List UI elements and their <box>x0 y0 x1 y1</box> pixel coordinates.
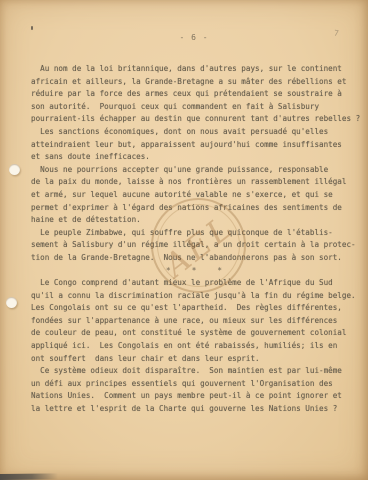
text-line: sement à Salisbury d'un régime illégal, … <box>31 239 361 252</box>
text-line: qu'il a connu la discrimination raciale … <box>31 290 361 303</box>
pencil-mark: 7 <box>333 29 341 39</box>
text-line: fondées sur l'appartenance à une race, o… <box>31 315 361 328</box>
text-line: son autorité. Pourquoi ceux qui commande… <box>31 101 361 114</box>
text-line: Le Congo comprend d'autant mieux le prob… <box>31 277 361 290</box>
text-line: et sans doute inefficaces. <box>31 151 361 164</box>
text-line: atteindraient leur but, apparaissent auj… <box>31 139 361 152</box>
text-line: africain et ailleurs, la Grande-Bretagne… <box>31 76 361 89</box>
text-line: de couleur de peau, ont constitué le sys… <box>31 327 361 340</box>
text-line: permet d'exprimer à l'égard des nations … <box>31 202 361 215</box>
text-line: pourraient-ils échapper au destin que co… <box>31 113 361 126</box>
typewritten-text: Au nom de la loi britannique, dans d'aut… <box>31 63 361 416</box>
text-line: Le peuple Zimbabwe, qui souffre plus que… <box>31 227 361 240</box>
separator-line: * * * <box>31 265 361 278</box>
text-line: Nations Unies. Comment un pays membre pe… <box>31 390 361 403</box>
text-line: appliqué ici. Les Congolais en ont été r… <box>31 340 361 353</box>
text-line: la lettre et l'esprit de la Charte qui g… <box>31 403 361 416</box>
text-line: de la paix du monde, laisse à nos fronti… <box>31 176 361 189</box>
text-line: réduire par la force des armes ceux qui … <box>31 88 361 101</box>
punch-hole-top <box>9 164 20 175</box>
text-line: tion de la Grande-Bretagne. Nous ne l'ab… <box>31 252 361 265</box>
text-line: Ce système odieux doit disparaître. Son … <box>31 365 361 378</box>
text-line: ont souffert dans leur chair et dans leu… <box>31 353 361 366</box>
text-line: haine et de détestation. <box>31 214 361 227</box>
text-line: Les Congolais ont su ce qu'est l'aparthe… <box>31 302 361 315</box>
text-line: et armé, sur lequel aucune autorité vala… <box>31 189 361 202</box>
ink-speck <box>31 26 33 30</box>
text-line: Au nom de la loi britannique, dans d'aut… <box>31 63 361 76</box>
page-number: - 6 - <box>158 33 230 42</box>
bottom-edge-smudge <box>0 473 58 480</box>
punch-hole-bottom <box>6 297 17 308</box>
text-line: Les sanctions économiques, dont on nous … <box>31 126 361 139</box>
text-line: un défi aux principes essentiels qui gou… <box>31 378 361 391</box>
text-line: Nous ne pourrions accepter qu'une grande… <box>31 164 361 177</box>
document-page: 7 - 6 - Au nom de la loi britannique, da… <box>0 0 368 480</box>
